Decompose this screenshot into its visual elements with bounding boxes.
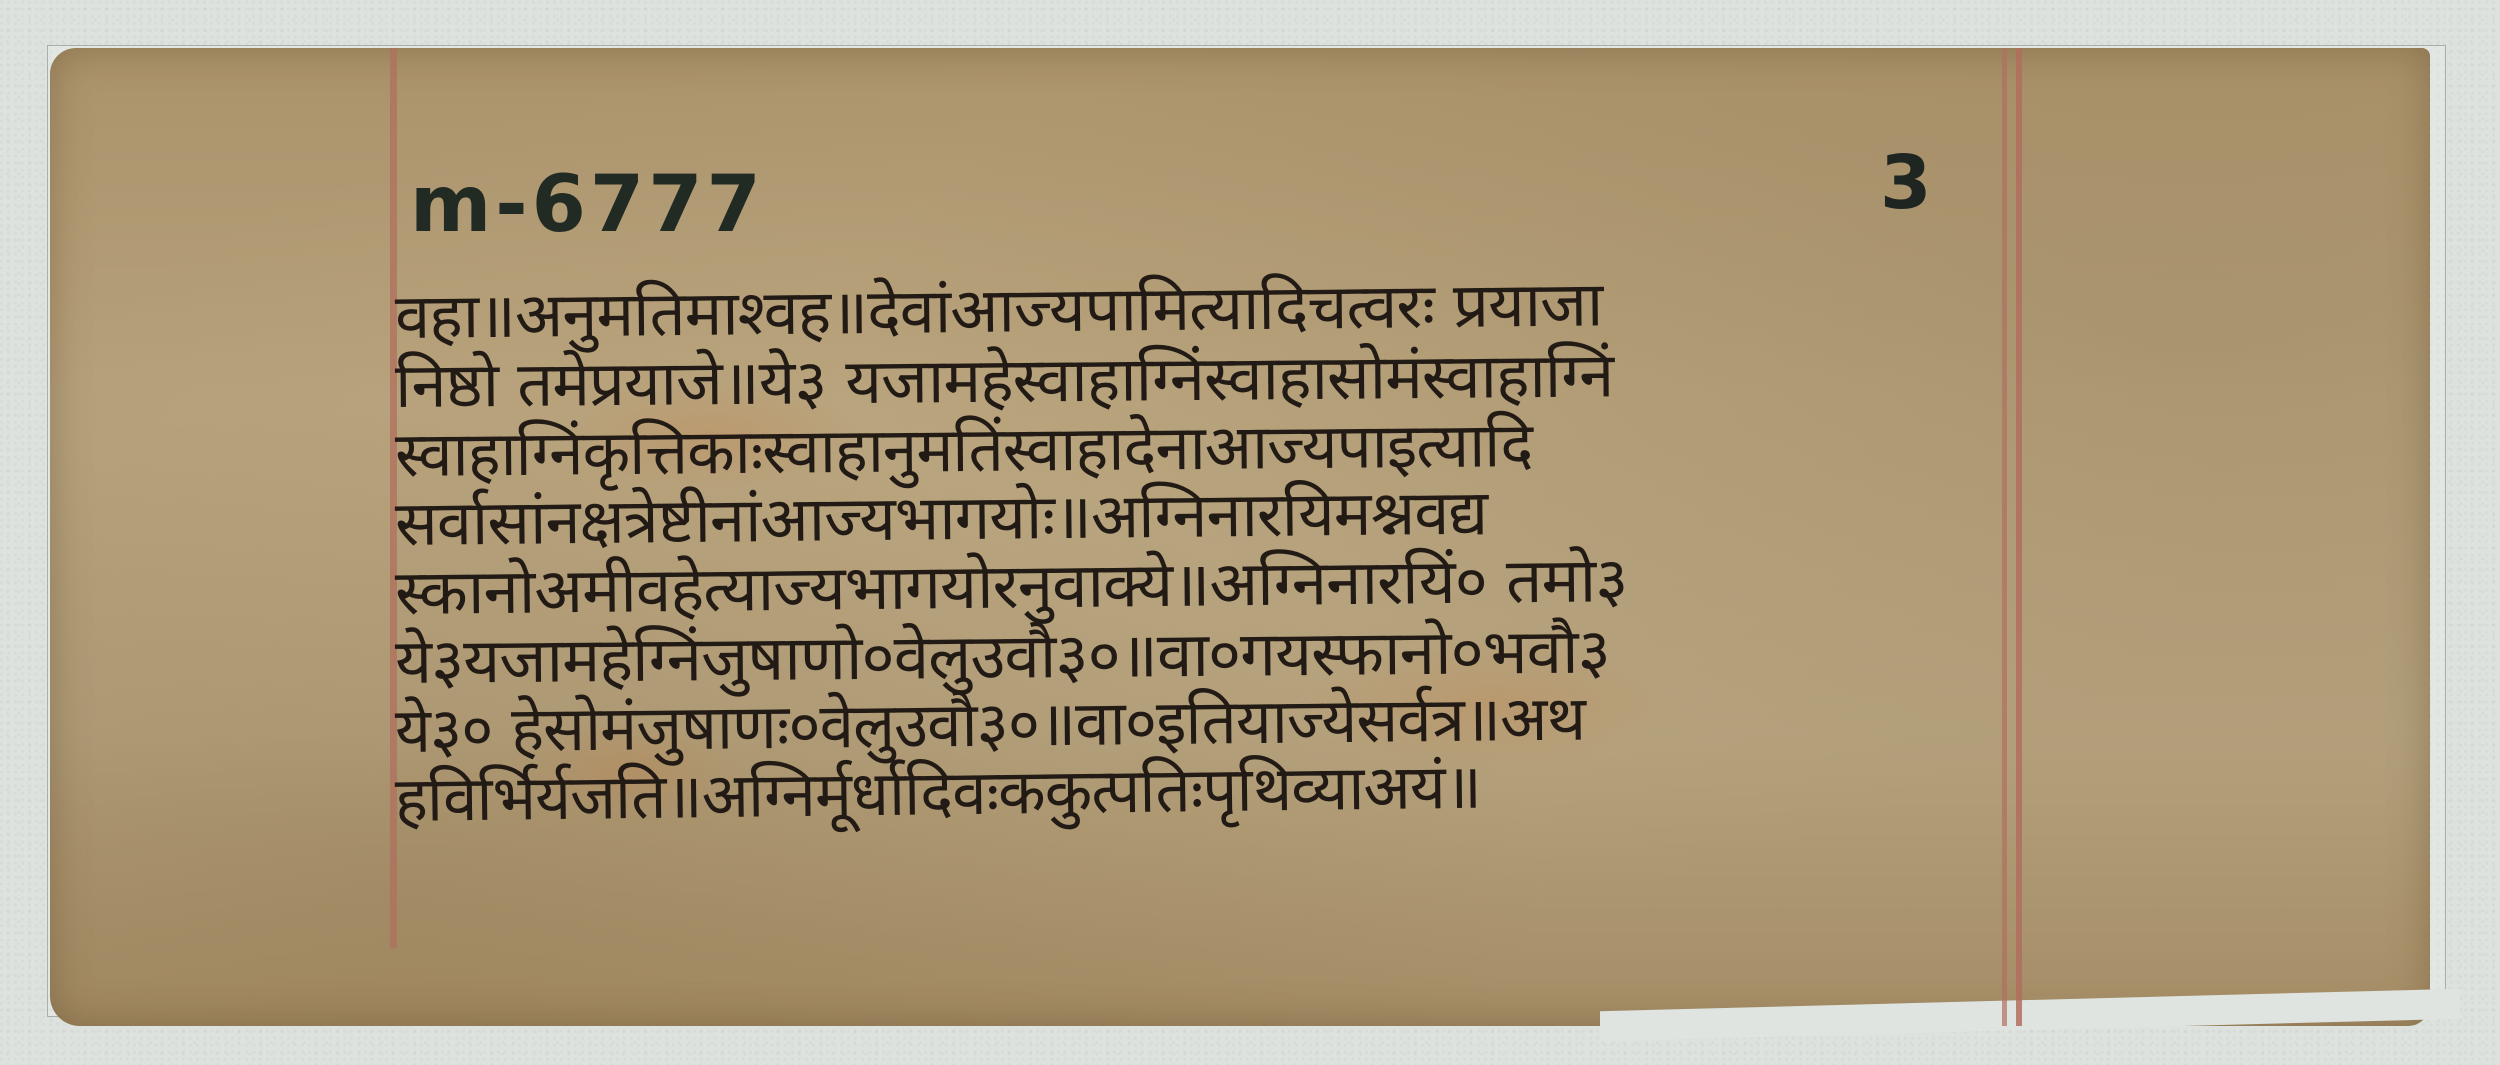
shelf-mark: m-6777 — [410, 160, 765, 250]
folio-number: 3 — [1880, 140, 1932, 226]
manuscript-text: वहा॥अनुमतिमाश्वह॥देवांआज्यपामित्यादिचत्व… — [395, 282, 2095, 834]
